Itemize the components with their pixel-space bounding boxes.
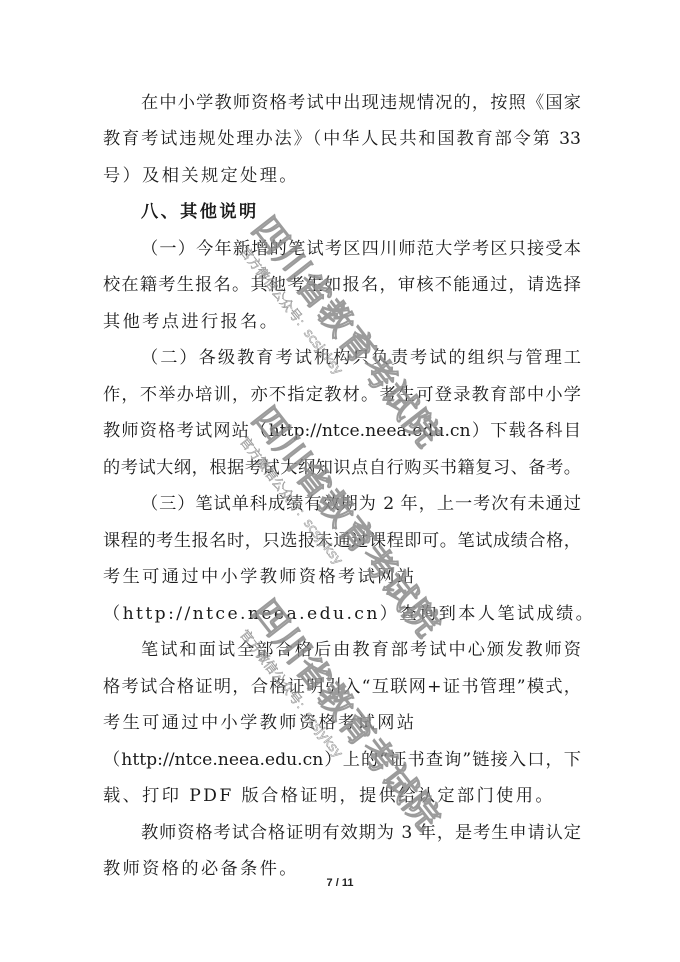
document-page: 在中小学教师资格考试中出现违规情况的，按照《国家 教育考试违规处理办法》（中华人… [0, 0, 680, 962]
paragraph-line: 号）及相关规定处理。 [103, 165, 581, 187]
paragraph-line: 教师资格考试合格证明有效期为 3 年，是考生申请认定 [141, 822, 581, 844]
paragraph-line-with-link: （http://ntce.neea.edu.cn）上的“证书查询”链接入口，下 [103, 749, 581, 771]
paragraph-line-with-link: 教师资格考试网站（http://ntce.neea.edu.cn）下载各科目 [103, 420, 581, 442]
paragraph-line: 作，不举办培训，亦不指定教材。考生可登录教育部中小学 [103, 384, 581, 406]
paragraph-line: 考生可通过中小学教师资格考试网站 [103, 566, 581, 588]
paragraph-line: 其他考点进行报名。 [103, 311, 581, 333]
paragraph-line: 校在籍考生报名。其他考生如报名，审核不能通过，请选择 [103, 274, 581, 296]
paragraph-line: 教育考试违规处理办法》（中华人民共和国教育部令第 33 [103, 128, 581, 150]
paragraph-line: 笔试和面试全部合格后由教育部考试中心颁发教师资 [141, 639, 581, 661]
paragraph-line: 考生可通过中小学教师资格考试网站 [103, 712, 581, 734]
paragraph-line: 在中小学教师资格考试中出现违规情况的，按照《国家 [141, 92, 581, 114]
paragraph-line-with-link: （http://ntce.neea.edu.cn）查询到本人笔试成绩。 [103, 603, 581, 625]
page-number: 7 / 11 [0, 877, 680, 889]
paragraph-line: （一）今年新增的笔试考区四川师范大学考区只接受本 [141, 238, 581, 260]
paragraph-line: 的考试大纲，根据考试大纲知识点自行购买书籍复习、备考。 [103, 457, 581, 479]
paragraph-line: 课程的考生报名时，只选报未通过课程即可。笔试成绩合格， [103, 530, 581, 552]
section-heading: 八、其他说明 [141, 201, 619, 223]
paragraph-line: 格考试合格证明，合格证明引入“互联网+证书管理”模式， [103, 676, 581, 698]
paragraph-line: （三）笔试单科成绩有效期为 2 年，上一考次有未通过 [141, 493, 581, 515]
paragraph-line: 载、打印 PDF 版合格证明，提供给认定部门使用。 [103, 785, 581, 807]
paragraph-line: （二）各级教育考试机构只负责考试的组织与管理工 [141, 347, 581, 369]
